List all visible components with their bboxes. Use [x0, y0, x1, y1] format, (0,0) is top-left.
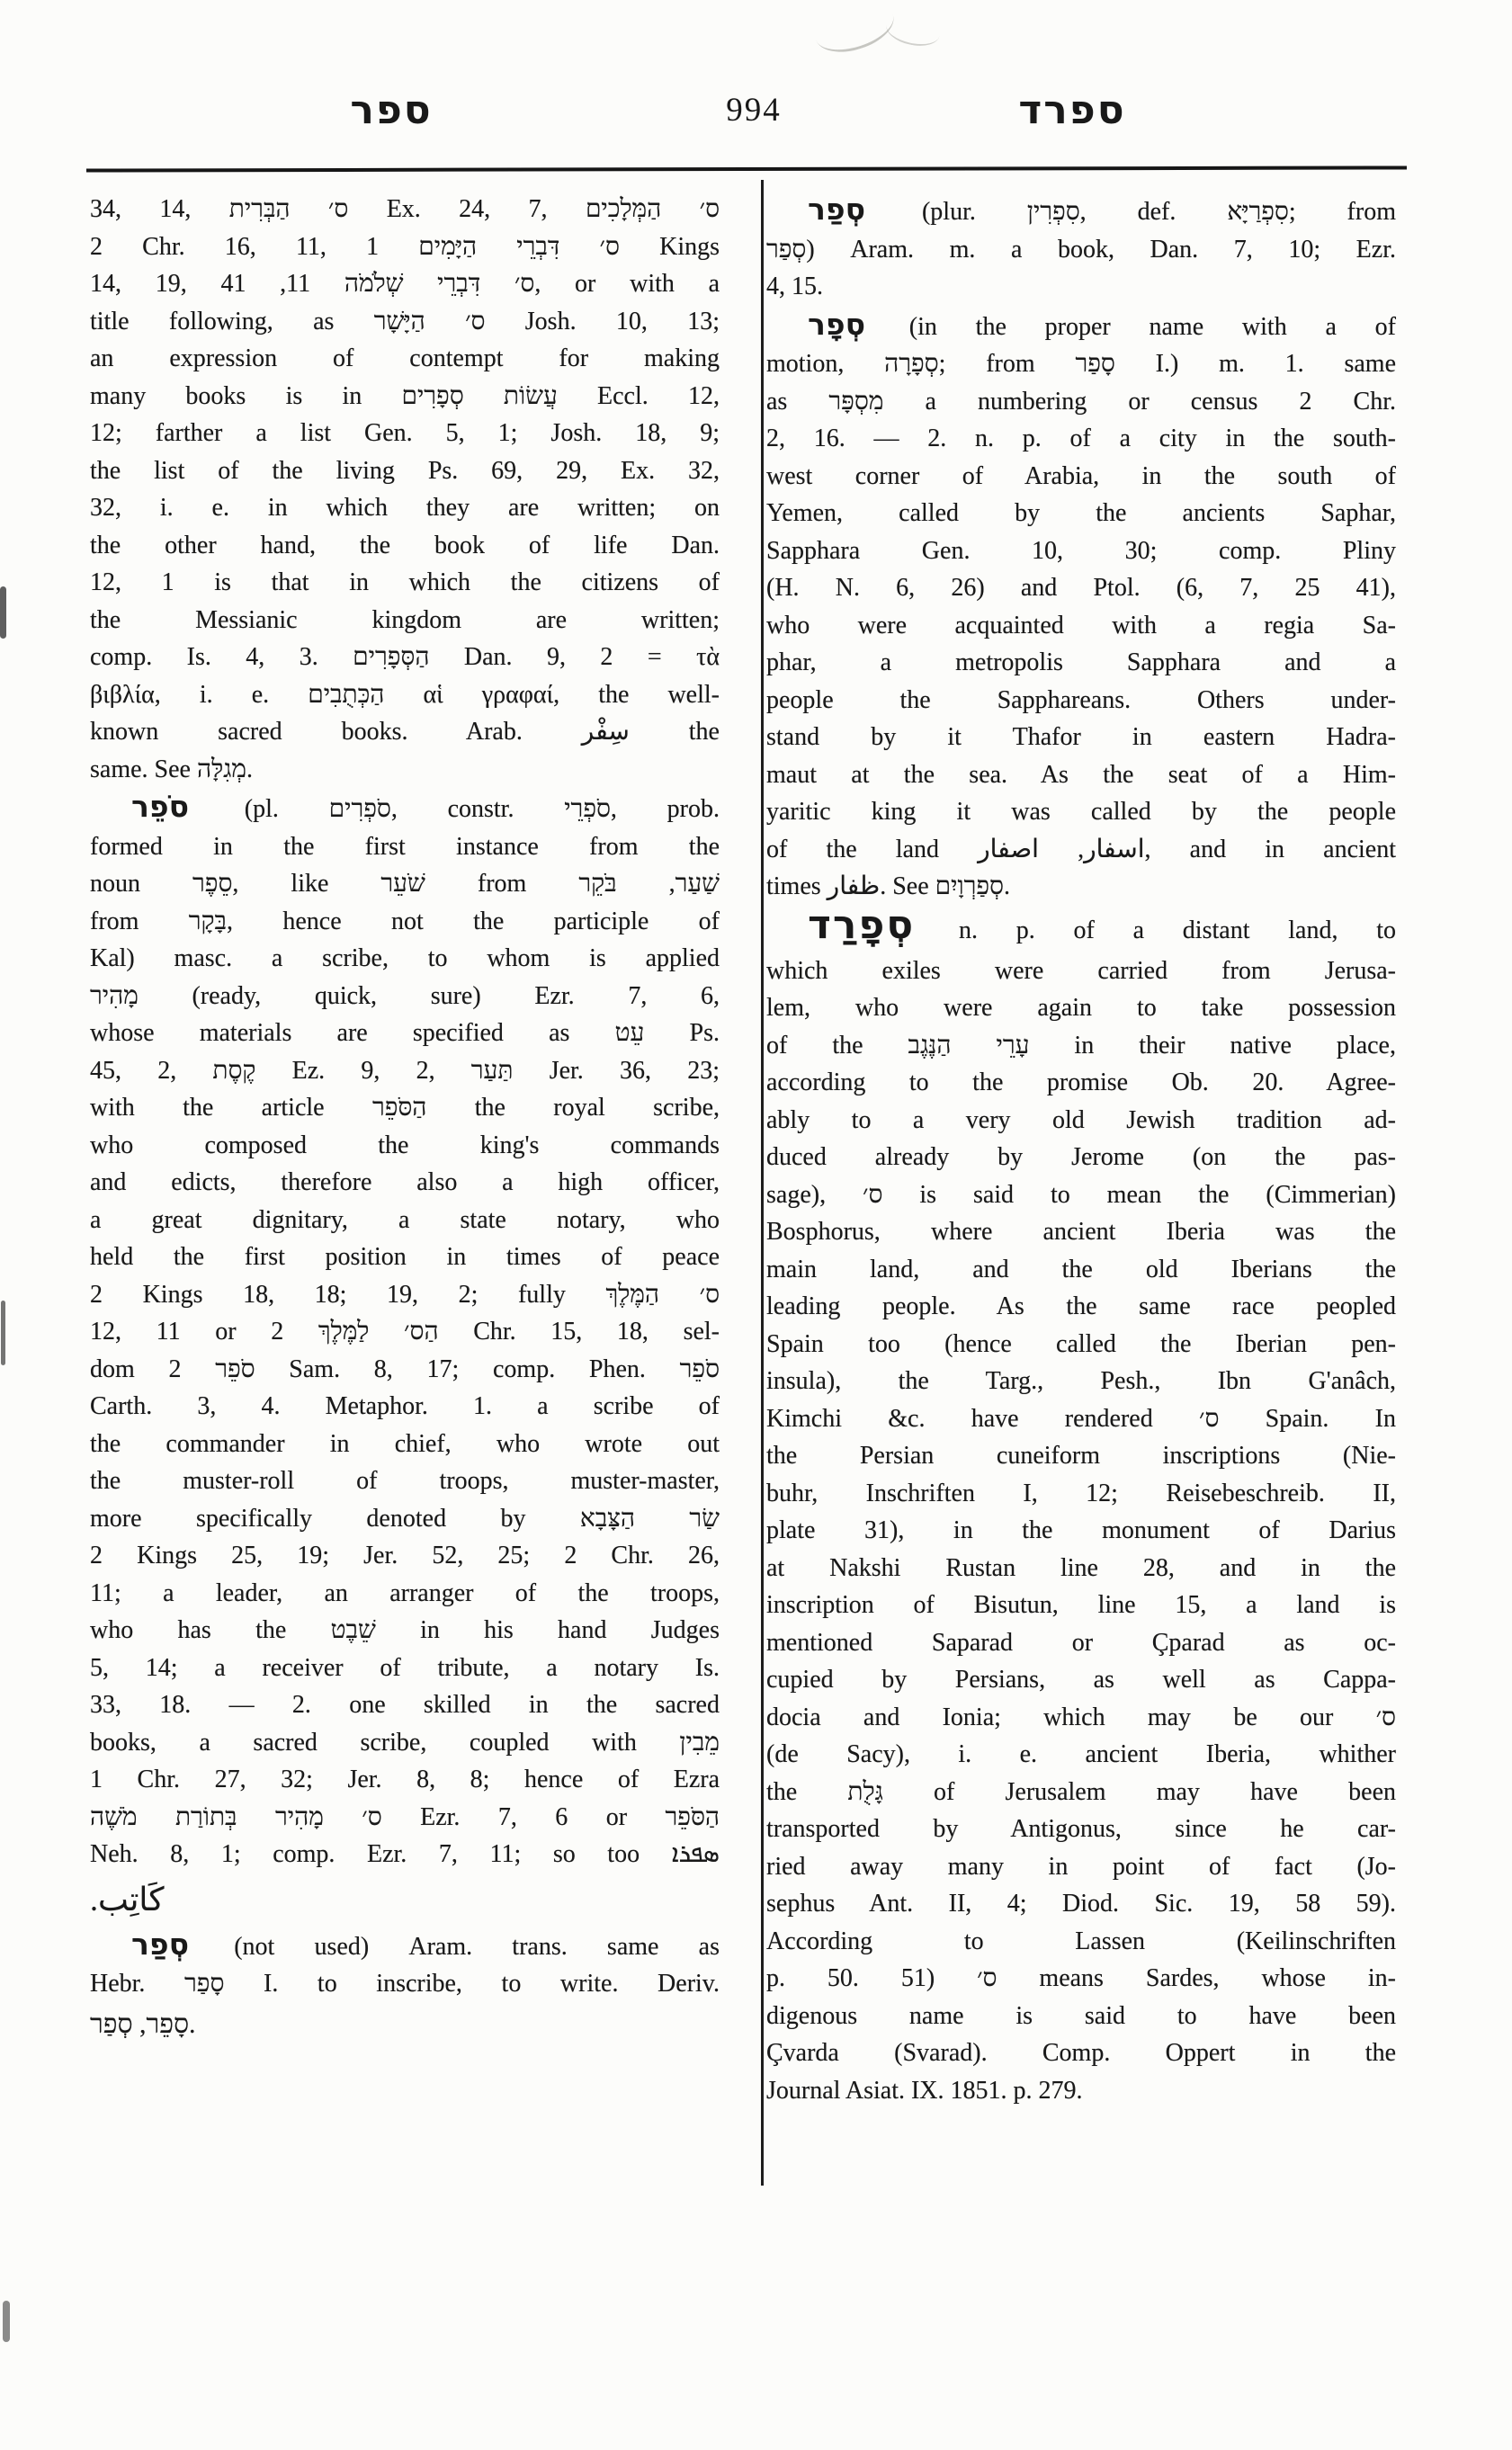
- text-line: with the article הַסֹּפֵר the royal scri…: [90, 1089, 720, 1127]
- text-line: סֹפֵר (pl. סֹפְרִים, constr. סֹפְרֵי, pr…: [90, 788, 720, 828]
- text-line: stand by it Thafor in eastern Hadra-: [766, 719, 1396, 756]
- text-line: Kimchi &c. have rendered ס׳ Spain. In: [766, 1400, 1396, 1438]
- text-line: west corner of Arabia, in the south of: [766, 458, 1396, 496]
- text-line: Yemen, called by the ancients Saphar,: [766, 495, 1396, 532]
- text-line: Carth. 3, 4. Metaphor. 1. a scribe of: [90, 1388, 720, 1426]
- text-line: of the עָרֵי הַנֶּגֶב in their native pl…: [766, 1027, 1396, 1065]
- text-line: the גָּלֻת of Jerusalem may have been: [766, 1774, 1396, 1811]
- text-line: (H. N. 6, 26) and Ptol. (6, 7, 25 41),: [766, 569, 1396, 607]
- text-line: Spain too (hence called the Iberian pen-: [766, 1326, 1396, 1364]
- text-line: cupied by Persians, as well as Cappa-: [766, 1661, 1396, 1699]
- text-line: Kal) masc. a scribe, to whom is applied: [90, 940, 720, 978]
- entry-paragraph: סְפָרַד n. p. of a distant land, towhich…: [766, 906, 1396, 2110]
- text-line: who has the שֵׁבֶט in his hand Judges: [90, 1612, 720, 1650]
- text-line: transported by Antigonus, since he car-: [766, 1811, 1396, 1848]
- text-line: more specifically denoted by שַׂר הַצָּב…: [90, 1500, 720, 1538]
- text-line: yaritic king it was called by the people: [766, 793, 1396, 831]
- text-line: a great dignitary, a state notary, who: [90, 1202, 720, 1239]
- entry-paragraph: סְפָר (in the proper name with a ofmotio…: [766, 306, 1396, 906]
- text-line: maut at the sea. As the seat of a Him-: [766, 756, 1396, 794]
- text-line: formed in the first instance from the: [90, 828, 720, 866]
- text-line: noun סֵפֶר, like שֹׁעֵר from שַׁעַר, בֹּ…: [90, 865, 720, 903]
- text-line: מָהִיר (ready, quick, sure) Ezr. 7, 6,: [90, 978, 720, 1015]
- text-line: סְפַר (plur. סִפְרִין, def. סִפְרַיָּא; …: [766, 191, 1396, 231]
- text-line: Çvarda (Svarad). Comp. Oppert in the: [766, 2034, 1396, 2072]
- scanned-lexicon-page: ספר 994 ספרד 34, 14, ס׳ הַבְּרִית Ex. 24…: [0, 0, 1512, 2450]
- text-line: insula), the Targ., Pesh., Ibn G'anâch,: [766, 1363, 1396, 1400]
- text-line: digenous name is said to have been: [766, 1998, 1396, 2035]
- text-line: dom סֹפֵר 2 Sam. 8, 17; comp. Phen. סֹפֵ…: [90, 1351, 720, 1389]
- text-line: phar, a metropolis Sapphara and a: [766, 644, 1396, 682]
- header-rule: [86, 165, 1407, 172]
- text-line: leading people. As the same race peopled: [766, 1288, 1396, 1326]
- text-line: סְפָרַד n. p. of a distant land, to: [766, 906, 1396, 952]
- text-line: 12, 11 or הַס׳ לַמֶּלֶךְ 2 Chr. 15, 18, …: [90, 1313, 720, 1351]
- text-line: comp. Is. 4, 3. הַסְּפָרִים Dan. 9, 2 = …: [90, 639, 720, 676]
- scan-artifact: [0, 586, 6, 639]
- text-line: 12, 1 is that in which the citizens of: [90, 564, 720, 602]
- text-line: the list of the living Ps. 69, 29, Ex. 3…: [90, 452, 720, 490]
- entry-paragraph: סֹפֵר (pl. סֹפְרִים, constr. סֹפְרֵי, pr…: [90, 788, 720, 1926]
- text-line: whose materials are specified as עֵט Ps.: [90, 1015, 720, 1052]
- text-line: motion, סְפָרָה; from סָפַר I.) m. 1. sa…: [766, 345, 1396, 383]
- text-line: the Messianic kingdom are written;: [90, 602, 720, 639]
- text-line: 12; farther a list Gen. 5, 1; Josh. 18, …: [90, 415, 720, 452]
- text-line: Hebr. סָפַר I. to inscribe, to write. De…: [90, 1965, 720, 2003]
- text-line: books, a sacred scribe, coupled with מֵב…: [90, 1724, 720, 1762]
- text-line: from בָּקָר, hence not the participle of: [90, 903, 720, 941]
- right-column: סְפַר (plur. סִפְרִין, def. סִפְרַיָּא; …: [766, 191, 1396, 2109]
- entry-paragraph: סְפַר (plur. סִפְרִין, def. סִפְרַיָּא; …: [766, 191, 1396, 306]
- text-line: lem, who were again to take possession: [766, 989, 1396, 1027]
- text-line: many books is in עֲשׂוֹת סְפָרִים Eccl. …: [90, 378, 720, 416]
- entry-headword: סְפָר: [808, 307, 871, 342]
- text-line: 2 Chr. 16, 11, ס׳ דִּבְרֵי הַיָּמִים 1 K…: [90, 228, 720, 266]
- text-line: According to Lassen (Keilinschriften: [766, 1923, 1396, 1961]
- text-columns: 34, 14, ס׳ הַבְּרִית Ex. 24, 7, ס׳ הַמְּ…: [90, 191, 1396, 2109]
- text-line: 45, 2, קֶסֶת Ez. 9, 2, תַּעַר Jer. 36, 2…: [90, 1052, 720, 1090]
- text-line: times ظفار. See סְפַרְוָיִם.: [766, 868, 1396, 906]
- text-line: the commander in chief, who wrote out: [90, 1426, 720, 1463]
- scan-artifact-pencil-mark: [883, 11, 942, 50]
- text-line: 1 Chr. 27, 32; Jer. 8, 8; hence of Ezra: [90, 1761, 720, 1799]
- text-line: plate 31), in the monument of Darius: [766, 1512, 1396, 1550]
- text-line: (de Sacy), i. e. ancient Iberia, whither: [766, 1736, 1396, 1774]
- text-line: who were acquainted with a regia Sa-: [766, 607, 1396, 645]
- text-line: people the Sapphareans. Others under-: [766, 682, 1396, 720]
- text-line: the Persian cuneiform inscriptions (Nie-: [766, 1437, 1396, 1475]
- text-line: title following, as ס׳ הַיָּשָׁר Josh. 1…: [90, 303, 720, 341]
- text-line: Neh. 8, 1; comp. Ezr. 7, 11; so too ܣܦܪܐ: [90, 1836, 720, 1873]
- entry-headword: סֹפֵר: [131, 789, 194, 824]
- left-column: 34, 14, ס׳ הַבְּרִית Ex. 24, 7, ס׳ הַמְּ…: [90, 191, 720, 2109]
- text-line: Sapphara Gen. 10, 30; comp. Pliny: [766, 532, 1396, 570]
- column-divider-rule: [761, 180, 764, 2186]
- text-line: 2, 16. — 2. n. p. of a city in the south…: [766, 420, 1396, 458]
- text-line: main land, and the old Iberians the: [766, 1251, 1396, 1289]
- text-line: ried away many in point of fact (Jo-: [766, 1848, 1396, 1886]
- text-line: 2 Kings 25, 19; Jer. 52, 25; 2 Chr. 26,: [90, 1537, 720, 1575]
- header-catchword-left: ספר: [350, 79, 432, 142]
- text-line: Bosphorus, where ancient Iberia was the: [766, 1213, 1396, 1251]
- text-line: known sacred books. Arab. سِفْر the: [90, 713, 720, 751]
- text-line: 34, 14, ס׳ הַבְּרִית Ex. 24, 7, ס׳ הַמְּ…: [90, 191, 720, 228]
- text-line: .كَاتِب: [90, 1873, 720, 1926]
- entry-headword: סְפַר: [808, 192, 871, 227]
- text-line: βιβλία, i. e. הַכְּתֻבִים αἱ γραφαί, the…: [90, 676, 720, 714]
- text-line: docia and Ionia; which may be our ס׳: [766, 1699, 1396, 1737]
- text-line: buhr, Inschriften I, 12; Reisebeschreib.…: [766, 1475, 1396, 1513]
- text-line: at Nakshi Rustan line 28, and in the: [766, 1550, 1396, 1587]
- text-line: 5, 14; a receiver of tribute, a notary I…: [90, 1650, 720, 1687]
- text-line: of the land اسفار, اصفار, and in ancient: [766, 831, 1396, 869]
- text-line: סָפֵר, סְפַר.: [90, 2003, 720, 2046]
- text-line: 33, 18. — 2. one skilled in the sacred: [90, 1686, 720, 1724]
- entry-headword: סְפַר: [131, 1927, 194, 1962]
- text-line: ס׳ מָהִיר בְּתוֹרַת מֹשֶׁה Ezr. 7, 6 or …: [90, 1799, 720, 1837]
- text-line: 2 Kings 18, 18; 19, 2; fully ס׳ הַמֶּלֶך…: [90, 1276, 720, 1314]
- text-line: same. See מְגִלָּה.: [90, 751, 720, 789]
- text-line: duced already by Jerome (on the pas-: [766, 1139, 1396, 1176]
- page-number: 994: [726, 79, 782, 142]
- scan-artifact: [3, 2301, 10, 2342]
- text-line: 14, 19, ס׳ דִּבְרֵי שְׁלֹמֹה 11, 41, or …: [90, 265, 720, 303]
- entry-headword: סְפָרַד: [808, 902, 920, 948]
- text-line: 32, i. e. in which they are written; on: [90, 489, 720, 527]
- text-line: according to the promise Ob. 20. Agree-: [766, 1064, 1396, 1102]
- text-line: Journal Asiat. IX. 1851. p. 279.: [766, 2072, 1396, 2110]
- text-line: סְפַר) Aram. m. a book, Dan. 7, 10; Ezr.: [766, 231, 1396, 269]
- text-line: 11; a leader, an arranger of the troops,: [90, 1575, 720, 1613]
- text-line: p. 50. 51) ס׳ means Sardes, whose in-: [766, 1960, 1396, 1998]
- text-line: the other hand, the book of life Dan.: [90, 527, 720, 565]
- text-line: the muster-roll of troops, muster-master…: [90, 1462, 720, 1500]
- text-line: mentioned Saparad or Çparad as oc-: [766, 1624, 1396, 1662]
- text-line: סְפַר (not used) Aram. trans. same as: [90, 1926, 720, 1966]
- text-line: ably to a very old Jewish tradition ad-: [766, 1102, 1396, 1140]
- header-catchword-right: ספרד: [1018, 79, 1125, 142]
- text-line: 4, 15.: [766, 268, 1396, 306]
- text-line: held the first position in times of peac…: [90, 1238, 720, 1276]
- scan-artifact: [1, 1301, 5, 1365]
- text-line: sage), ס׳ is said to mean the (Cimmerian…: [766, 1176, 1396, 1214]
- text-line: sephus Ant. II, 4; Diod. Sic. 19, 58 59)…: [766, 1885, 1396, 1923]
- text-line: who composed the king's commands: [90, 1127, 720, 1165]
- text-line: and edicts, therefore also a high office…: [90, 1164, 720, 1202]
- entry-paragraph: 34, 14, ס׳ הַבְּרִית Ex. 24, 7, ס׳ הַמְּ…: [90, 191, 720, 788]
- running-head: ספר 994 ספרד: [0, 79, 1512, 151]
- text-line: which exiles were carried from Jerusa-: [766, 952, 1396, 990]
- text-line: סְפָר (in the proper name with a of: [766, 306, 1396, 346]
- text-line: an expression of contempt for making: [90, 340, 720, 378]
- text-line: as מִסְפָּר a numbering or census 2 Chr.: [766, 383, 1396, 421]
- text-line: inscription of Bisutun, line 15, a land …: [766, 1587, 1396, 1624]
- entry-paragraph: סְפַר (not used) Aram. trans. same asHeb…: [90, 1926, 720, 2046]
